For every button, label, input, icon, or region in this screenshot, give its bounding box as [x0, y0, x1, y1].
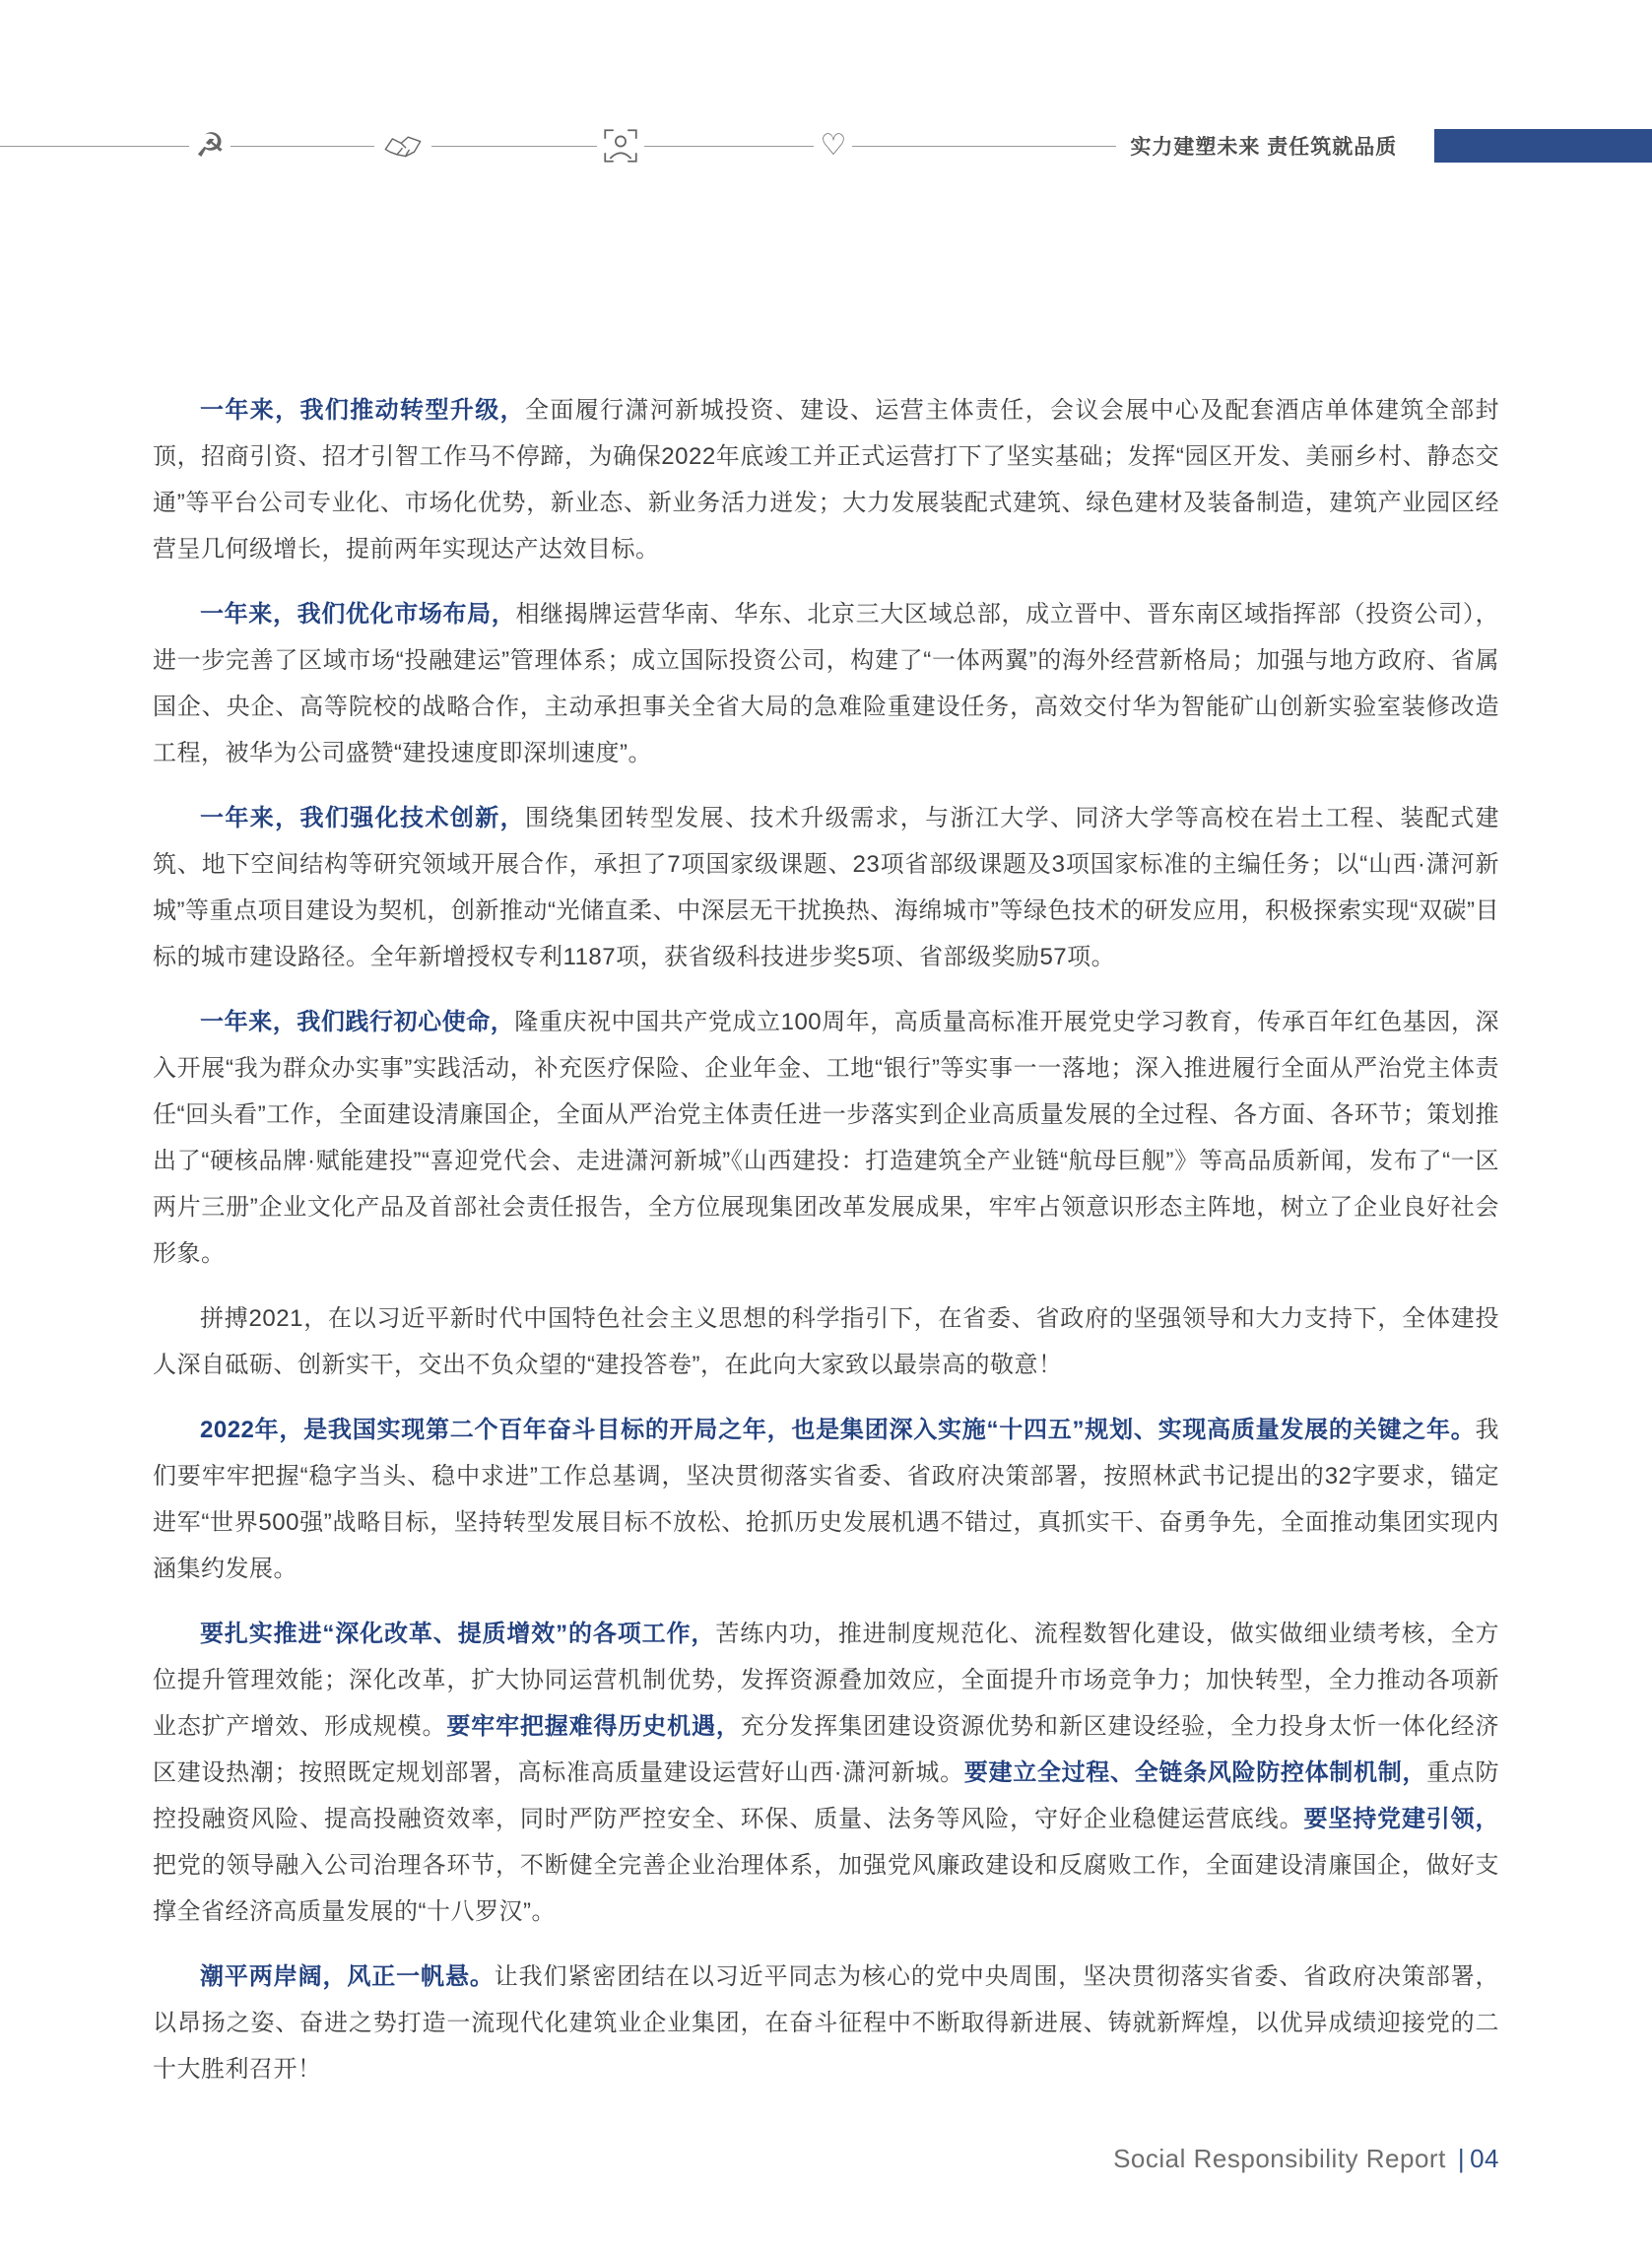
paragraph: 一年来，我们强化技术创新，围绕集团转型发展、技术升级需求，与浙江大学、同济大学等…: [153, 795, 1499, 980]
header-slogan: 实力建塑未来 责任筑就品质: [1130, 131, 1397, 161]
report-page: ☭ ♡ 实力建塑未来 责任筑就品质: [0, 0, 1652, 2255]
paragraph: 一年来，我们推动转型升级，全面履行潇河新城投资、建设、运营主体责任，会议会展中心…: [153, 387, 1499, 572]
paragraph: 拼搏2021，在以习近平新时代中国特色社会主义思想的科学指引下，在省委、省政府的…: [153, 1295, 1499, 1388]
page-footer: Social Responsibility Report|04: [1113, 2144, 1499, 2174]
paragraph: 潮平两岸阔，风正一帆悬。让我们紧密团结在以习近平同志为核心的党中央周围，坚决贯彻…: [153, 1954, 1499, 2092]
paragraph-lead: 要牢牢把握难得历史机遇，: [446, 1713, 740, 1740]
header-divider-line: [231, 146, 374, 147]
paragraph: 一年来，我们优化市场布局，相继揭牌运营华南、华东、北京三大区域总部，成立晋中、晋…: [153, 591, 1499, 776]
party-emblem-icon: ☭: [195, 129, 225, 163]
header-divider-line: [644, 146, 814, 147]
paragraph: 2022年，是我国实现第二个百年奋斗目标的开局之年，也是集团深入实施“十四五”规…: [153, 1407, 1499, 1592]
body-paragraphs: 一年来，我们推动转型升级，全面履行潇河新城投资、建设、运营主体责任，会议会展中心…: [153, 387, 1499, 2111]
person-frame-icon: [603, 128, 638, 164]
paragraph-lead: 一年来，我们践行初心使命，: [200, 1009, 514, 1035]
paragraph-text: 把党的领导融入公司治理各环节，不断健全完善企业治理体系，加强党风廉政建设和反腐败…: [153, 1852, 1499, 1925]
header-divider-line: [852, 146, 1116, 147]
page-header: ☭ ♡ 实力建塑未来 责任筑就品质: [0, 126, 1652, 166]
handshake-icon: [380, 131, 426, 161]
paragraph-lead: 要坚持党建引领，: [1303, 1806, 1499, 1832]
header-divider-line: [431, 146, 597, 147]
paragraph-lead: 一年来，我们优化市场布局，: [200, 601, 515, 628]
paragraph-lead: 一年来，我们推动转型升级，: [200, 397, 525, 424]
footer-separator: |: [1458, 2144, 1465, 2173]
footer-page-number: |04: [1458, 2144, 1499, 2173]
footer-page-value: 04: [1470, 2144, 1499, 2173]
paragraph-lead: 要扎实推进“深化改革、提质增效”的各项工作，: [200, 1621, 715, 1647]
paragraph-text: 拼搏2021，在以习近平新时代中国特色社会主义思想的科学指引下，在省委、省政府的…: [153, 1305, 1499, 1378]
paragraph-text: 隆重庆祝中国共产党成立100周年，高质量高标准开展党史学习教育，传承百年红色基因…: [153, 1009, 1499, 1267]
footer-report-title: Social Responsibility Report: [1113, 2144, 1446, 2173]
paragraph: 一年来，我们践行初心使命，隆重庆祝中国共产党成立100周年，高质量高标准开展党史…: [153, 999, 1499, 1277]
paragraph-lead: 2022年，是我国实现第二个百年奋斗目标的开局之年，也是集团深入实施“十四五”规…: [200, 1417, 1476, 1443]
paragraph-lead: 潮平两岸阔，风正一帆悬。: [200, 1963, 495, 1990]
paragraph: 要扎实推进“深化改革、提质增效”的各项工作，苦练内功，推进制度规范化、流程数智化…: [153, 1611, 1499, 1935]
paragraph-lead: 要建立全过程、全链条风险防控体制机制，: [964, 1759, 1426, 1786]
header-accent-bar: [1434, 129, 1652, 163]
header-divider-line: [0, 146, 189, 147]
paragraph-lead: 一年来，我们强化技术创新，: [200, 805, 525, 831]
heart-icon: ♡: [820, 131, 846, 161]
